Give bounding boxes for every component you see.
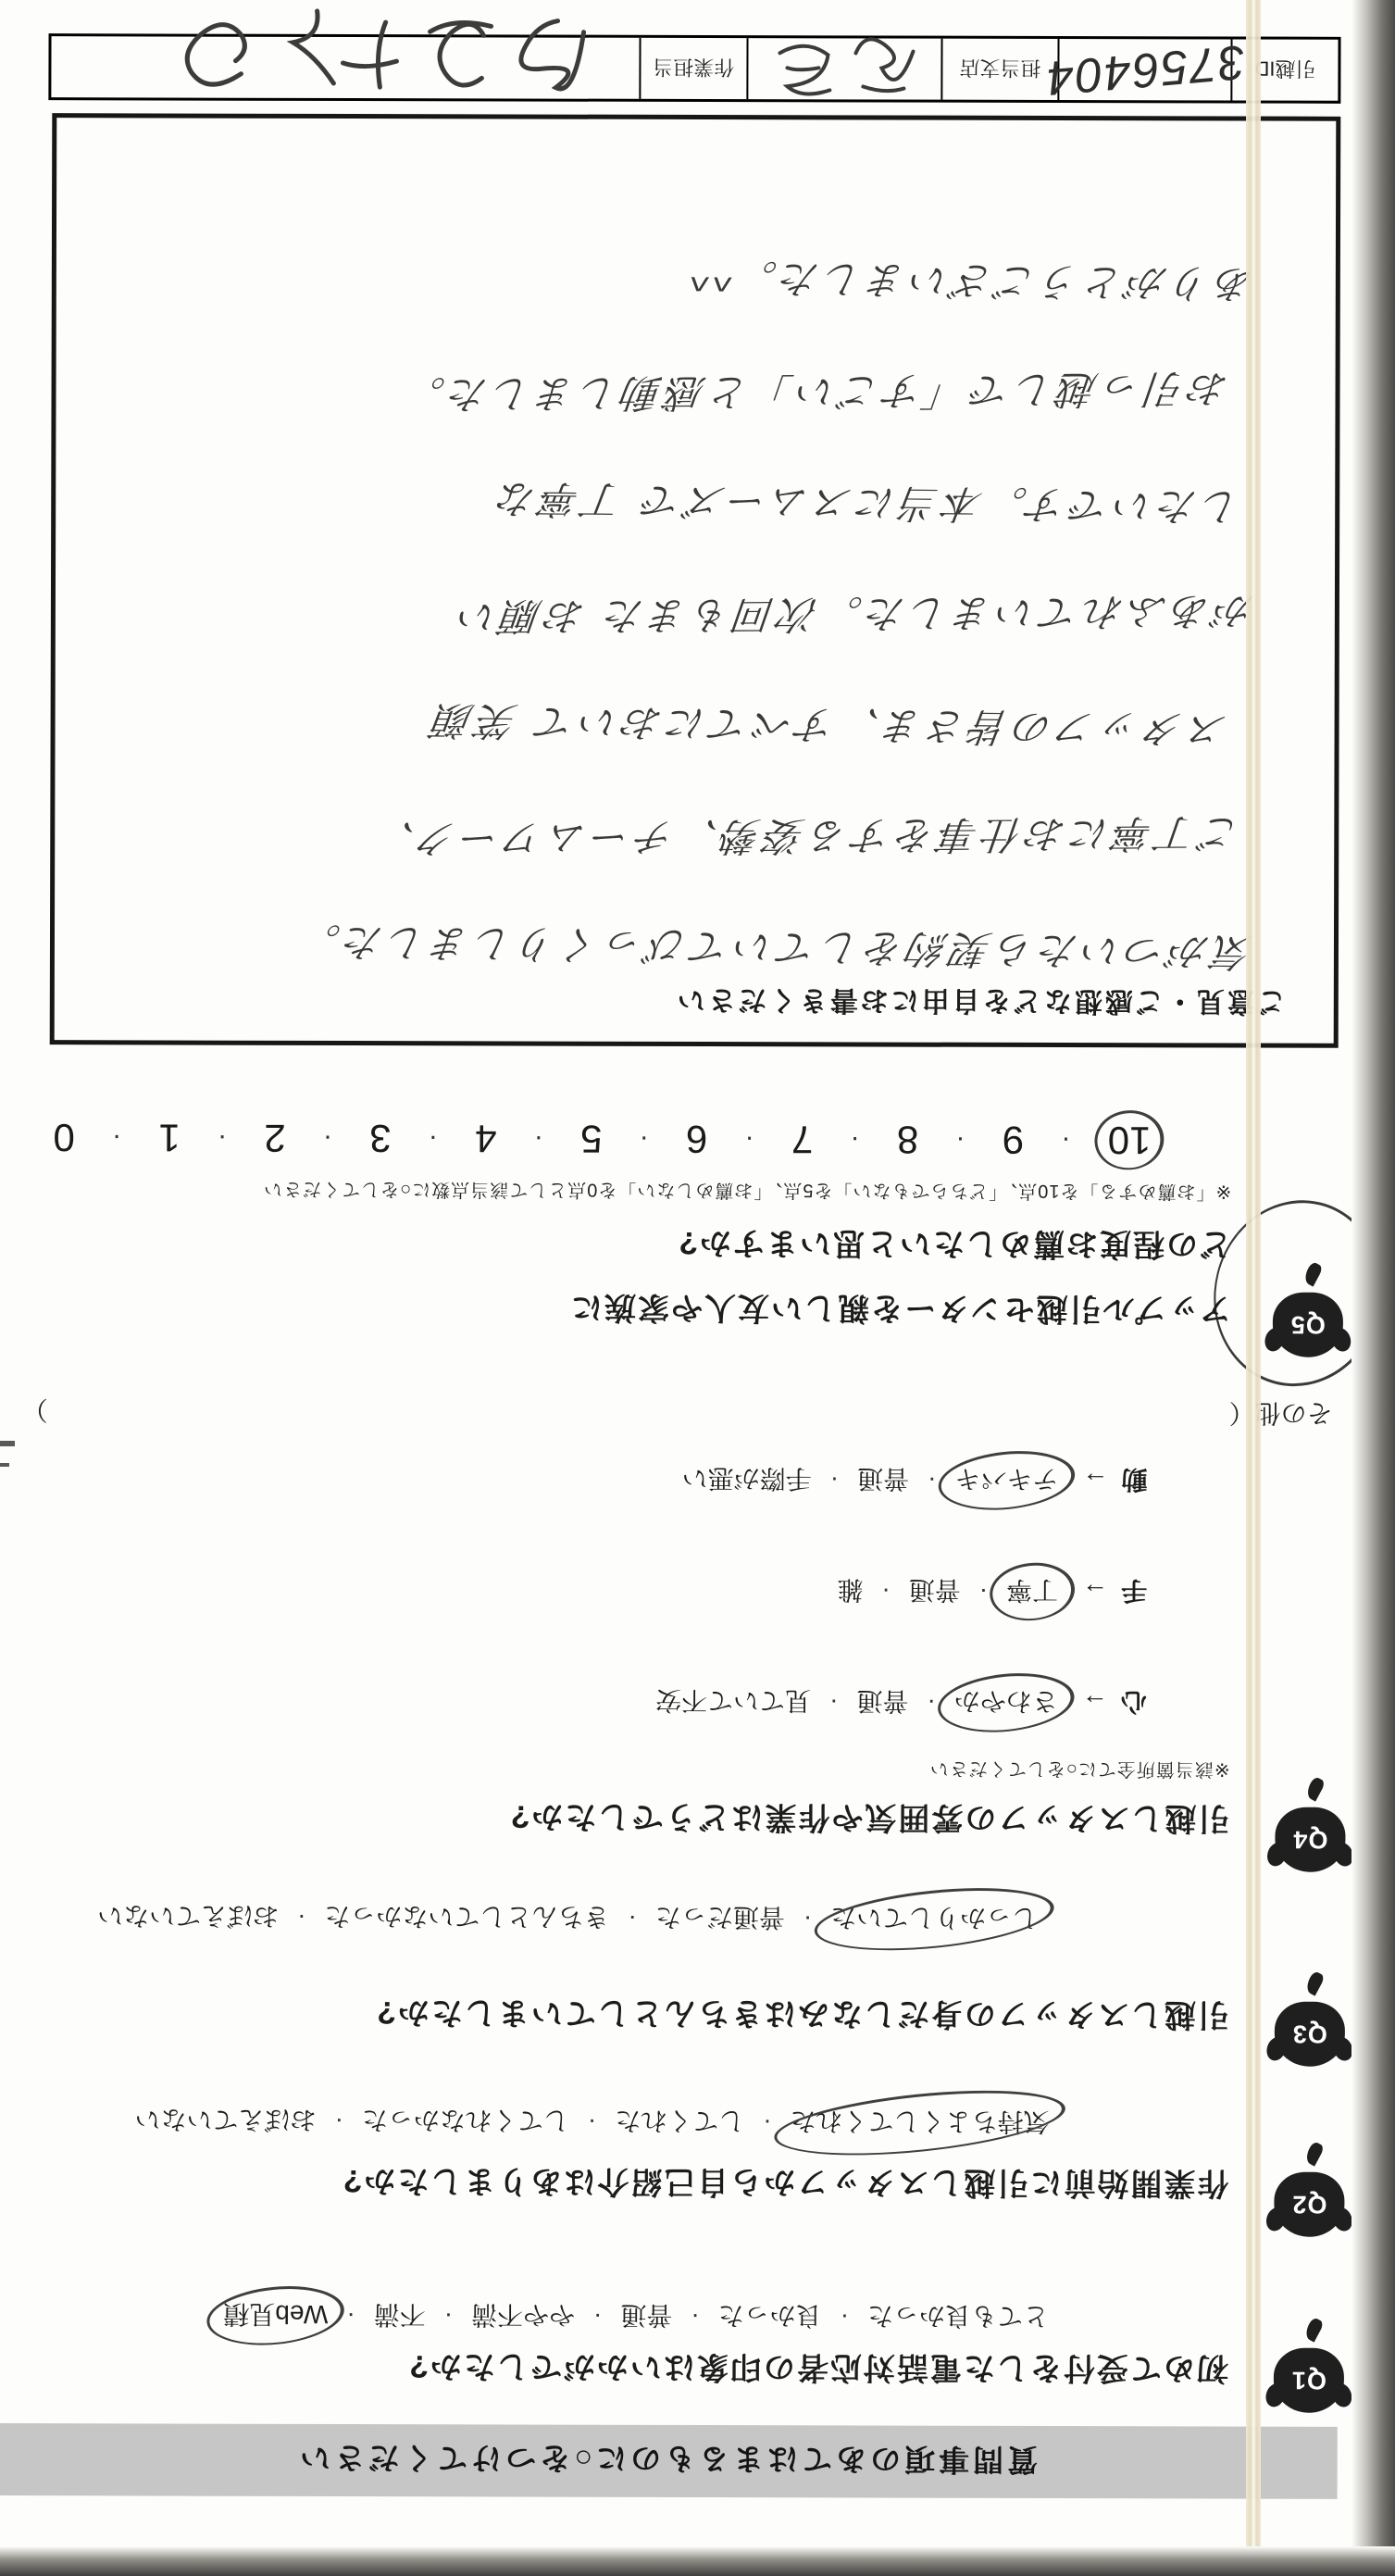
option-separator-dot: · (593, 2302, 602, 2332)
handwritten-moving-id: 3756404 (1043, 33, 1248, 106)
q4-row-te-options: 丁寧·普通·雑 (833, 1570, 1062, 1612)
q2-badge-head: Q2 (1274, 2172, 1344, 2237)
option: しっかりしていた (827, 1898, 1041, 1940)
option: とても良かった (864, 2296, 1052, 2338)
q1-options: とても良かった·良かった·普通·やや不満·不満·Web見積 (219, 2295, 1052, 2338)
option: 普通だった (652, 1898, 789, 1939)
handwritten-comment-line: お引っ越しで「すごい」と感動しました。 (398, 363, 1231, 425)
option: してくれた (611, 2102, 748, 2143)
option-separator-dot: · (830, 1465, 839, 1494)
option-separator-dot: · (881, 1577, 890, 1607)
q4-row-te-label: 手 (1121, 1573, 1147, 1610)
q3-badge-label: Q3 (1292, 2020, 1327, 2048)
scale-value-8: 8 (895, 1118, 920, 1162)
q3-title: 引越しスタッフの身だしなみはきちんとしていましたか? (375, 1993, 1229, 2040)
handwritten-comment-line: スタッフの皆さま、すべてにおいて 笑顔 (426, 694, 1230, 759)
scan-artifact-mark (0, 1463, 9, 1467)
instruction-bar-text: 質問事項のあてはまるものに○をつけてください (296, 2438, 1038, 2483)
option-separator-dot: · (691, 2302, 699, 2332)
scale-value-1: 1 (156, 1115, 181, 1159)
handwritten-answer-circle (935, 1667, 1077, 1738)
option: 手際が悪い (679, 1459, 816, 1500)
scale-separator-dot: · (534, 1123, 543, 1155)
scale-value-2: 2 (262, 1116, 287, 1160)
q5-badge: Q5 (1265, 1261, 1351, 1357)
handwritten-answer-circle (987, 1558, 1077, 1624)
option: 雑 (833, 1570, 866, 1611)
q3-badge-head: Q3 (1275, 2002, 1345, 2067)
q5-nps-scale: 10·9·8·7·6·5·4·3·2·1·0 (51, 1115, 1152, 1162)
option-separator-dot: · (335, 2107, 343, 2136)
q4-row-ugoki-label: 動 (1121, 1462, 1147, 1499)
scale-separator-dot: · (955, 1124, 965, 1156)
q4-badge-label: Q4 (1292, 1825, 1327, 1854)
arrow-icon: → (1082, 1688, 1108, 1718)
q2-options: 気持ちよくしてくれた·してくれた·してくれなかった·おぼえていない (131, 2100, 1053, 2144)
option-separator-dot: · (628, 1904, 636, 1933)
scale-value-10: 10 (1106, 1118, 1153, 1162)
q2-badge-label: Q2 (1291, 2190, 1326, 2219)
handwritten-comment-line: があふれていました。次回もまた お願い (452, 585, 1256, 647)
option: おぼえていない (131, 2100, 320, 2142)
q5-badge-label: Q5 (1290, 1310, 1326, 1339)
option-separator-dot: · (346, 2301, 355, 2331)
field-label-branch: 担当支店 (940, 39, 1057, 100)
q5-note: ※「お薦めする」を10点、「どちらでもない」を5点、「お薦めしない」を0点として… (263, 1178, 1231, 1207)
option-separator-dot: · (979, 1577, 988, 1607)
field-value-moving-id: 3756404 (1057, 39, 1230, 100)
option: 普通 (617, 2296, 676, 2337)
option: 丁寧 (1003, 1571, 1062, 1612)
q1-title: 初めて受付をした電話対応者の印象はいかがでしたか? (407, 2346, 1228, 2394)
handwritten-comment: 気がついたら契約をしていてびっくりしました。ご丁寧にお仕事をする姿勢、チームワー… (55, 1040, 1334, 1044)
handwritten-comment-line: ご丁寧にお仕事をする姿勢、チームワーク、 (368, 807, 1243, 869)
scale-separator-dot: · (429, 1122, 438, 1154)
scale-separator-dot: · (218, 1122, 227, 1154)
option: してくれなかった (358, 2101, 573, 2143)
comment-box-label: ご意見・ご感想などを自由にお書きください (675, 982, 1286, 1025)
q4-badge: Q4 (1267, 1776, 1352, 1872)
q5-title-line2: どの程度お薦めしたいと思いますか? (677, 1223, 1231, 1270)
option-separator-dot: · (928, 1466, 936, 1495)
option-separator-dot: · (803, 1904, 812, 1933)
scale-separator-dot: · (1061, 1124, 1070, 1156)
option-separator-dot: · (841, 2302, 849, 2332)
q4-note: ※該当箇所全てに○をしてください (929, 1757, 1230, 1785)
scale-value-3: 3 (367, 1116, 392, 1160)
office-use-table: 引越ID 3756404 担当支店 作業担当 (48, 33, 1340, 104)
q3-options: しっかりしていた·普通だった·きちんとしていなかった·おぼえていない (93, 1896, 1041, 1940)
q4-other-close: ） (22, 1393, 48, 1430)
handwritten-comment-line: 気がついたら契約をしていてびっくりしました。 (293, 916, 1256, 982)
scale-separator-dot: · (640, 1123, 649, 1155)
option: 良かった (715, 2296, 826, 2337)
q4-other-row: その他（ ） (22, 1393, 1333, 1433)
field-label-crew-lead: 作業担当 (639, 38, 746, 99)
q1-badge: Q1 (1266, 2317, 1351, 2413)
scale-value-4: 4 (473, 1116, 498, 1160)
option: きちんとしていなかった (320, 1897, 613, 1939)
option-separator-dot: · (763, 2107, 771, 2137)
scanner-edge-right (1351, 0, 1395, 2576)
q5-title-line1: アップル引越センターを親しい友人や家族に (569, 1288, 1231, 1335)
badge-tail-icon (1303, 1970, 1326, 1996)
option-separator-dot: · (927, 1688, 935, 1718)
q4-row-kokoro-label: 心 (1121, 1684, 1147, 1721)
scan-crease-line (1246, 0, 1261, 2576)
option-separator-dot: · (829, 1687, 838, 1717)
option-separator-dot: · (444, 2301, 453, 2331)
q1-badge-head: Q1 (1274, 2348, 1344, 2413)
handwritten-answer-circle (812, 1879, 1057, 1960)
option-separator-dot: · (297, 1903, 305, 1932)
handwritten-answer-circle (771, 2080, 1068, 2167)
q5-badge-head: Q5 (1273, 1293, 1343, 1357)
q4-title: 引越しスタッフの雰囲気や作業はどうでしたか? (509, 1796, 1230, 1844)
option: 普通 (853, 1459, 913, 1500)
option: さわやか (951, 1682, 1062, 1723)
scale-value-7: 7 (790, 1117, 815, 1161)
scale-separator-dot: · (323, 1122, 332, 1154)
handwritten-answer-circle (205, 2280, 348, 2351)
q2-title: 作業開始前に引越しスタッフから自己紹介はありましたか? (342, 2161, 1229, 2209)
option: 気持ちよくしてくれた (787, 2102, 1053, 2144)
instruction-bar: 質問事項のあてはまるものに○をつけてください (0, 2423, 1338, 2499)
scale-separator-dot: · (745, 1123, 754, 1155)
scale-value-9: 9 (1001, 1118, 1026, 1162)
scan-artifact-mark (0, 1441, 15, 1446)
arrow-icon: → (1082, 1577, 1108, 1607)
scale-value-5: 5 (579, 1117, 604, 1161)
handwritten-answer-circle (1092, 1107, 1167, 1173)
scale-value-6: 6 (684, 1117, 709, 1161)
handwritten-branch-name (746, 14, 940, 117)
option: 普通 (853, 1682, 912, 1722)
scanned-questionnaire-page: 質問事項のあてはまるものに○をつけてください Q1 初めて受付をした電話対応者の… (0, 0, 1395, 2576)
option: Web見積 (219, 2295, 331, 2336)
q4-row-te: 手 → 丁寧·普通·雑 (833, 1570, 1147, 1612)
badge-tail-icon (1302, 1261, 1324, 1287)
q3-badge: Q3 (1267, 1970, 1352, 2067)
q2-badge: Q2 (1266, 2141, 1351, 2237)
arrow-icon: → (1082, 1466, 1108, 1495)
handwritten-comment-line: ありがとうございました。^^ (683, 252, 1258, 314)
q4-other-open: その他（ (1229, 1396, 1333, 1433)
option: 不満 (370, 2295, 430, 2336)
scale-separator-dot: · (851, 1123, 860, 1155)
q4-row-ugoki-options: テキパキ·普通·手際が悪い (679, 1459, 1063, 1501)
q4-row-kokoro-options: さわやか·普通·見ていて不安 (652, 1682, 1062, 1723)
field-value-crew-lead (51, 36, 639, 99)
option-separator-dot: · (588, 2107, 596, 2137)
q4-row-ugoki: 動 → テキパキ·普通·手際が悪い (679, 1459, 1148, 1501)
option: やや不満 (467, 2295, 579, 2336)
comment-box: ご意見・ご感想などを自由にお書きください 気がついたら契約をしていてびっくりしま… (50, 113, 1341, 1048)
q1-badge-label: Q1 (1291, 2366, 1326, 2395)
scale-separator-dot: · (112, 1121, 121, 1153)
handwritten-answer-circle (936, 1444, 1078, 1516)
option: テキパキ (951, 1460, 1062, 1501)
q4-other-blank (48, 1411, 1229, 1414)
q4-badge-head: Q4 (1275, 1807, 1345, 1872)
handwritten-crew-lead-name (46, 0, 639, 116)
badge-tail-icon (1302, 2317, 1325, 2343)
handwritten-comment-line: したいです。本当にスムーズで 丁寧な (490, 473, 1244, 537)
option: 普通 (905, 1571, 965, 1612)
q4-row-kokoro: 心 → さわやか·普通·見ていて不安 (652, 1682, 1147, 1723)
badge-tail-icon (1304, 1776, 1326, 1802)
scanner-edge-bottom (0, 2546, 1395, 2576)
field-value-branch (746, 38, 940, 100)
option: おぼえていない (93, 1896, 282, 1938)
questionnaire-sheet-rotated-180: 質問事項のあてはまるものに○をつけてください Q1 初めて受付をした電話対応者の… (0, 0, 1395, 2576)
scale-value-0: 0 (51, 1115, 76, 1159)
badge-tail-icon (1303, 2141, 1326, 2167)
option: 見ていて不安 (652, 1682, 815, 1722)
